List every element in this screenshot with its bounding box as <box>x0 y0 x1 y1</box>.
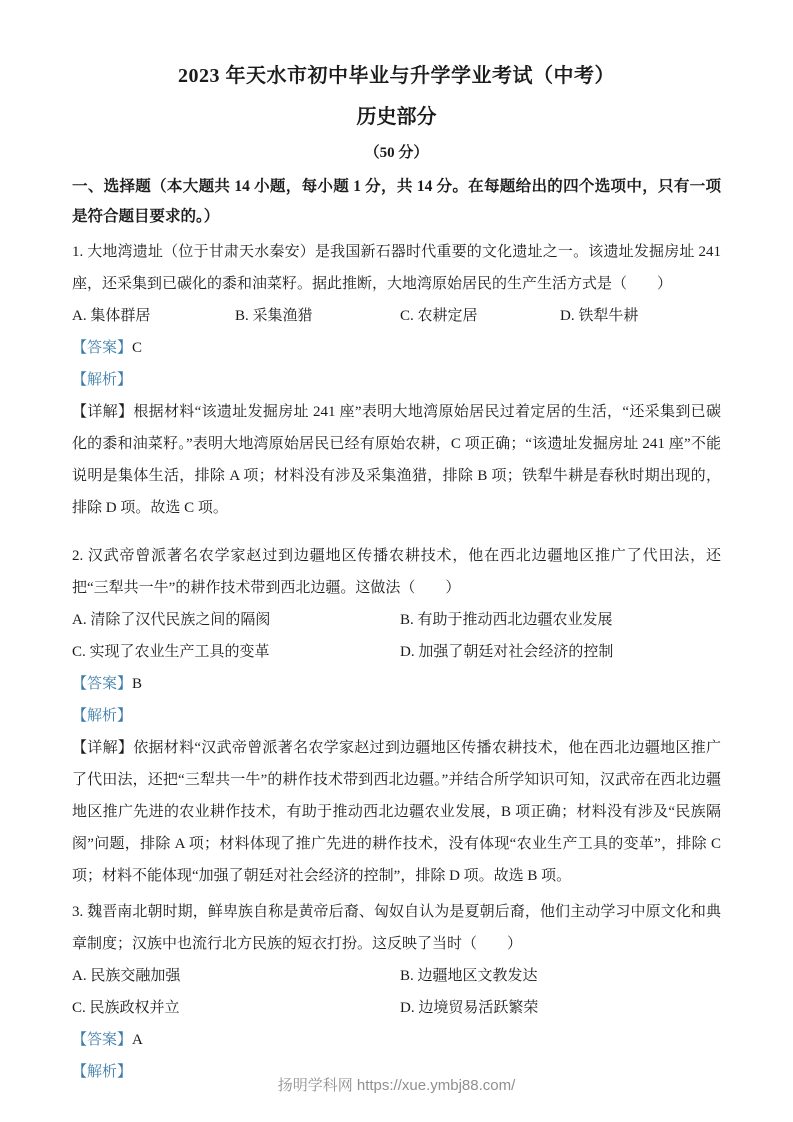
question-1-answer-value: C <box>132 340 142 356</box>
question-3-option-c: C. 民族政权并立 <box>72 992 400 1024</box>
detail-label: 【详解】 <box>72 740 133 756</box>
answer-label: 【答案】 <box>72 1032 132 1048</box>
question-1-option-c: C. 农耕定居 <box>400 300 560 332</box>
question-1-stem: 1. 大地湾遗址（位于甘肃天水秦安）是我国新石器时代重要的文化遗址之一。该遗址发… <box>72 236 721 300</box>
answer-label: 【答案】 <box>72 676 132 692</box>
question-2-options: A. 清除了汉代民族之间的隔阂 B. 有助于推动西北边疆农业发展 C. 实现了农… <box>72 604 721 668</box>
exam-document-page: 2023 年天水市初中毕业与升学学业考试（中考） 历史部分 （50 分） 一、选… <box>0 0 793 1122</box>
question-3: 3. 魏晋南北朝时期，鲜卑族自称是黄帝后裔、匈奴自认为是夏朝后裔，他们主动学习中… <box>72 896 721 1088</box>
question-1-number: 1. <box>72 244 87 260</box>
question-1-detail-text: 根据材料“该遗址发掘房址 241 座”表明大地湾原始居民过着定居的生活，“还采集… <box>72 404 721 516</box>
question-1: 1. 大地湾遗址（位于甘肃天水秦安）是我国新石器时代重要的文化遗址之一。该遗址发… <box>72 236 721 524</box>
question-1-option-a: A. 集体群居 <box>72 300 235 332</box>
question-1-option-d: D. 铁犁牛耕 <box>560 300 721 332</box>
question-3-stem: 3. 魏晋南北朝时期，鲜卑族自称是黄帝后裔、匈奴自认为是夏朝后裔，他们主动学习中… <box>72 896 721 960</box>
question-1-analysis-line: 【解析】 <box>72 364 721 396</box>
question-3-stem-text: 魏晋南北朝时期，鲜卑族自称是黄帝后裔、匈奴自认为是夏朝后裔，他们主动学习中原文化… <box>72 904 721 952</box>
section-heading: 一、选择题（本大题共 14 小题，每小题 1 分，共 14 分。在每题给出的四个… <box>72 172 721 232</box>
question-1-stem-text: 大地湾遗址（位于甘肃天水秦安）是我国新石器时代重要的文化遗址之一。该遗址发掘房址… <box>72 244 721 292</box>
question-2-stem: 2. 汉武帝曾派著名农学家赵过到边疆地区传播农耕技术，他在西北边疆地区推广了代田… <box>72 540 721 604</box>
question-2-detail: 【详解】依据材料“汉武帝曾派著名农学家赵过到边疆地区传播农耕技术，他在西北边疆地… <box>72 732 721 892</box>
question-3-option-b: B. 边疆地区文教发达 <box>400 960 721 992</box>
question-1-options: A. 集体群居 B. 采集渔猎 C. 农耕定居 D. 铁犁牛耕 <box>72 300 721 332</box>
analysis-label: 【解析】 <box>72 708 132 724</box>
question-2-answer-line: 【答案】B <box>72 668 721 700</box>
question-2-option-a: A. 清除了汉代民族之间的隔阂 <box>72 604 400 636</box>
exam-subject-title: 历史部分 <box>72 105 721 129</box>
question-2-stem-text: 汉武帝曾派著名农学家赵过到边疆地区传播农耕技术，他在西北边疆地区推广了代田法，还… <box>72 548 721 596</box>
question-2-number: 2. <box>72 548 88 564</box>
question-3-option-d: D. 边境贸易活跃繁荣 <box>400 992 721 1024</box>
question-1-detail: 【详解】根据材料“该遗址发掘房址 241 座”表明大地湾原始居民过着定居的生活，… <box>72 396 721 524</box>
question-2-answer-value: B <box>132 676 142 692</box>
question-2-option-d: D. 加强了朝廷对社会经济的控制 <box>400 636 721 668</box>
question-3-answer-line: 【答案】A <box>72 1024 721 1056</box>
answer-label: 【答案】 <box>72 340 132 356</box>
exam-title: 2023 年天水市初中毕业与升学学业考试（中考） <box>72 64 721 88</box>
analysis-label: 【解析】 <box>72 372 132 388</box>
footer-watermark-text: 扬明学科网 https://xue.ymbj88.com/ <box>278 1077 516 1094</box>
question-1-option-b: B. 采集渔猎 <box>235 300 400 332</box>
question-2-option-b: B. 有助于推动西北边疆农业发展 <box>400 604 721 636</box>
detail-label: 【详解】 <box>72 404 133 420</box>
page-footer: 扬明学科网 https://xue.ymbj88.com/ <box>0 1076 793 1096</box>
total-score: （50 分） <box>72 144 721 162</box>
question-2-detail-text: 依据材料“汉武帝曾派著名农学家赵过到边疆地区传播农耕技术，他在西北边疆地区推广了… <box>72 740 721 884</box>
question-3-options: A. 民族交融加强 B. 边疆地区文教发达 C. 民族政权并立 D. 边境贸易活… <box>72 960 721 1024</box>
question-2-analysis-line: 【解析】 <box>72 700 721 732</box>
question-1-answer-line: 【答案】C <box>72 332 721 364</box>
question-3-answer-value: A <box>132 1032 143 1048</box>
question-2-option-c: C. 实现了农业生产工具的变革 <box>72 636 400 668</box>
question-2: 2. 汉武帝曾派著名农学家赵过到边疆地区传播农耕技术，他在西北边疆地区推广了代田… <box>72 540 721 892</box>
question-3-option-a: A. 民族交融加强 <box>72 960 400 992</box>
question-3-number: 3. <box>72 904 87 920</box>
